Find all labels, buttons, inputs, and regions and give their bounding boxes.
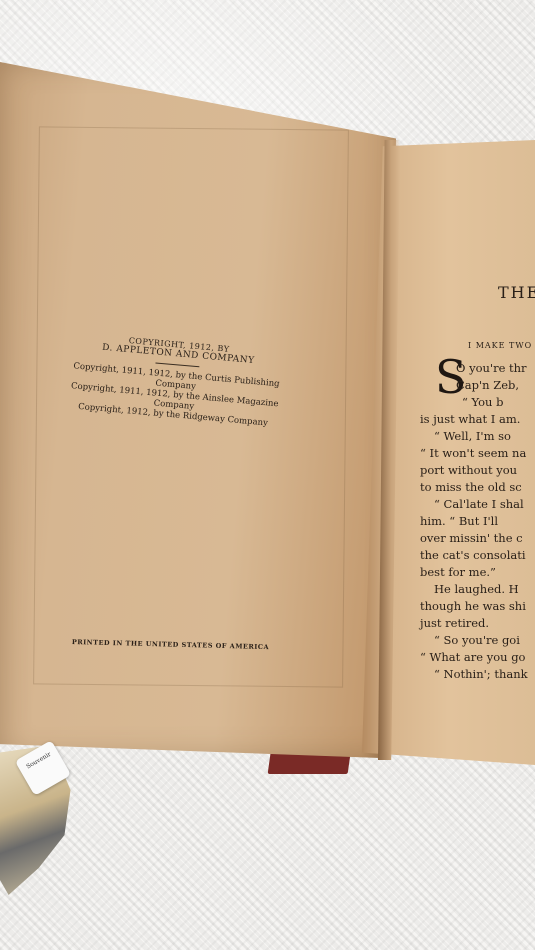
text-line: to miss the old sc <box>420 479 535 496</box>
text-line: over missin' the c <box>420 530 535 547</box>
text-line: port without you <box>420 462 535 479</box>
chapter-title: THE <box>498 283 535 302</box>
text-line: “ It won't seem na <box>420 445 535 462</box>
text-line: He laughed. H <box>420 581 535 598</box>
text-line: “ Well, I'm so <box>420 428 535 445</box>
text-line: just retired. <box>420 615 535 632</box>
text-line: O you're thr <box>420 360 535 377</box>
text-line: is just what I am. <box>420 411 535 428</box>
text-line: “ What are you go <box>420 649 535 666</box>
text-line: the cat's consolati <box>420 547 535 564</box>
text-line: “ Cal'late I shal <box>420 496 535 513</box>
chapter-subtitle: I MAKE TWO <box>468 341 532 350</box>
text-line: Cap'n Zeb, <box>420 377 535 394</box>
divider-rule <box>155 362 199 367</box>
text-line: though he was shi <box>420 598 535 615</box>
text-line: “ So you're goi <box>420 632 535 649</box>
text-line: “ Nothin'; thank <box>420 666 535 683</box>
text-line: him. “ But I'll <box>420 513 535 530</box>
chapter-body-text: O you're thr Cap'n Zeb, “ You b is just … <box>420 360 535 683</box>
text-line: “ You b <box>420 394 535 411</box>
text-line: best for me.” <box>420 564 535 581</box>
